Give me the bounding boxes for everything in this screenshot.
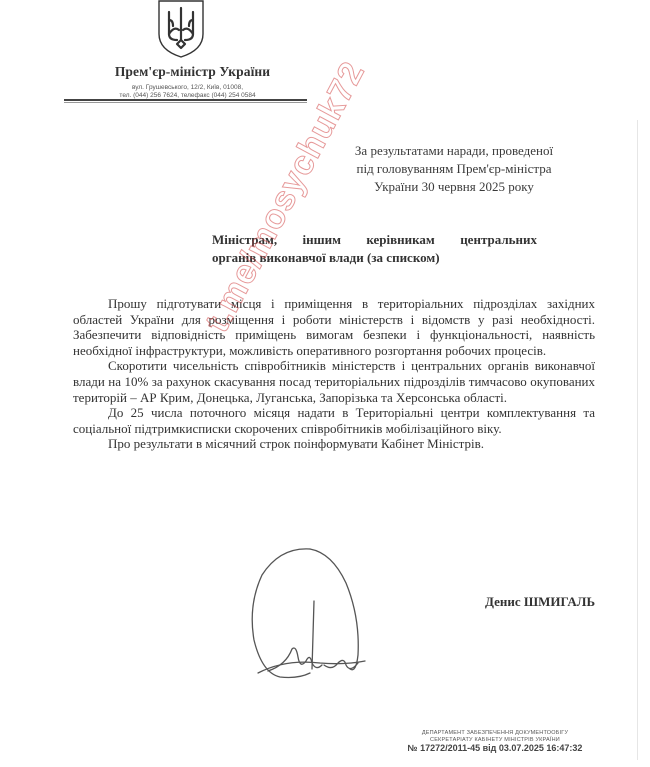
body-paragraph: Скоротити чисельність співробітників мін… (73, 358, 595, 405)
body-paragraph: Про результати в місячний строк поінформ… (73, 436, 595, 452)
body-paragraph: Прошу підготувати місця і приміщення в т… (73, 296, 595, 358)
meeting-reference: За результатами наради, проведеної під г… (340, 142, 568, 196)
org-title: Прем'єр-міністр України (105, 64, 280, 80)
addressee-word: керівникам (366, 231, 434, 249)
tryzub-coat-of-arms-icon (155, 0, 207, 58)
meeting-ref-line: За результатами наради, проведеної (340, 142, 568, 160)
meeting-ref-line: під головуванням Прем'єр-міністра (340, 160, 568, 178)
stamp-registration-number: № 17272/2011-45 від 03.07.2025 16:47:32 (375, 743, 615, 754)
header-divider-thin (64, 102, 307, 103)
scan-edge (637, 120, 638, 760)
header-divider (64, 99, 307, 101)
org-address: вул. Грушевського, 12/2, Київ, 01008, те… (80, 84, 295, 100)
body-paragraph: До 25 числа поточного місяця надати в Те… (73, 405, 595, 436)
handwritten-signature-icon (240, 545, 380, 700)
letter-page: Прем'єр-міністр України вул. Грушевськог… (0, 0, 650, 767)
address-line: вул. Грушевського, 12/2, Київ, 01008, (80, 84, 295, 92)
registration-stamp: ДЕПАРТАМЕНТ ЗАБЕЗПЕЧЕННЯ ДОКУМЕНТООБІГУ … (375, 730, 615, 754)
letter-body: Прошу підготувати місця і приміщення в т… (73, 296, 595, 452)
meeting-ref-line: України 30 червня 2025 року (340, 178, 568, 196)
signer-name: Денис ШМИГАЛЬ (485, 594, 595, 610)
addressee-word: іншим (303, 231, 341, 249)
addressee-word: центральних (460, 231, 537, 249)
